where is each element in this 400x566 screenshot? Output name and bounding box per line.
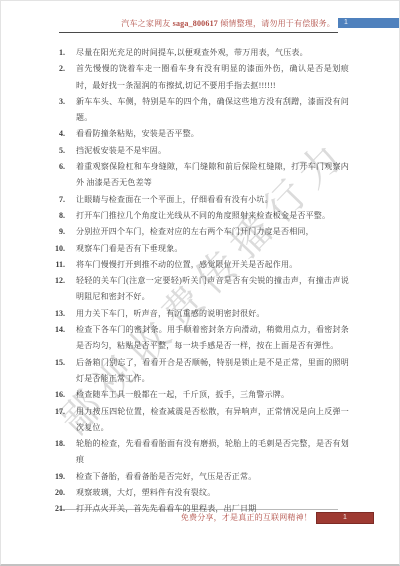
footer-message: 免费分享，才是真正的互联网精神！ — [181, 512, 312, 523]
list-item-number: 3. — [49, 94, 65, 110]
list-item: 15. 后备箱门别忘了，看看开合是否顺畅，特别是锁止是不是正常，里面的照明灯是否… — [49, 355, 351, 388]
list-item-number: 20. — [49, 485, 65, 501]
list-item: 18. 轮胎的检查，先看看看胎面有没有磨损，轮胎上的毛刺是否完整，是否有划痕 — [49, 436, 351, 469]
document-page: 汽车之家网友 saga_800617 倾情整理，请勿用于有偿服务。 1 鄙视收费… — [0, 0, 400, 566]
list-item: 10. 观察车门看是否有下垂现象。 — [49, 241, 351, 257]
list-item-text: 轮胎的检查，先看看看胎面有没有磨损，轮胎上的毛刺是否完整，是否有划痕 — [76, 436, 349, 469]
list-item-text: 轻轻的关车门(注意一定要轻)听关门声音是否有尖锐的撞击声，有撞击声说明阻尼和密封… — [76, 273, 349, 306]
list-item-text: 后备箱门别忘了，看看开合是否顺畅，特别是锁止是不是正常，里面的照明灯是否能正常工… — [76, 355, 349, 388]
list-item-number: 14. — [49, 322, 65, 338]
list-item-number: 17. — [49, 404, 65, 420]
list-item-number: 6. — [49, 159, 65, 175]
list-item-text: 观察车门看是否有下垂现象。 — [76, 241, 349, 257]
list-item-number: 7. — [49, 192, 65, 208]
list-item-text: 用力按压四轮位置，检查减震是否松散，有异响声，正常情况是向上反弹一次复位。 — [76, 404, 349, 437]
list-item-text: 尽量在阳光充足的时间提车,以便观查外观，带万用表，气压表。 — [76, 45, 349, 61]
list-item: 5. 挡泥板安装是不是牢固。 — [49, 143, 351, 159]
list-item: 3. 新车车头、车侧，特别是车的四个角，确保这些地方没有刮蹭，漆面没有问题。 — [49, 94, 351, 127]
list-item-number: 2. — [49, 61, 65, 77]
list-item: 12. 轻轻的关车门(注意一定要轻)听关门声音是否有尖锐的撞击声，有撞击声说明阻… — [49, 273, 351, 306]
header-divider — [59, 32, 338, 33]
list-item-number: 16. — [49, 387, 65, 403]
header-credit-suffix: 倾情整理，请勿用于有偿服务。 — [218, 19, 335, 28]
list-item: 1. 尽量在阳光充足的时间提车,以便观查外观，带万用表，气压表。 — [49, 45, 351, 61]
list-item-text: 分别拉开四个车门，检查对应的左右两个车门开门力度是否相同， — [76, 224, 349, 240]
list-item-text: 看看防撞条粘贴，安装是否平整。 — [76, 126, 349, 142]
list-item: 17. 用力按压四轮位置，检查减震是否松散，有异响声，正常情况是向上反弹一次复位… — [49, 404, 351, 437]
list-item-number: 13. — [49, 306, 65, 322]
list-item-number: 11. — [49, 257, 65, 273]
list-item: 9. 分别拉开四个车门，检查对应的左右两个车门开门力度是否相同， — [49, 224, 351, 240]
list-item: 14. 检查下各车门的密封条。用手顺着密封条方向滑动，稍微用点力，看密封条是否均… — [49, 322, 351, 355]
list-item: 11. 将车门慢慢打开到推不动的位置，感觉限位开关是否起作用。 — [49, 257, 351, 273]
list-item-text: 首先慢慢的饶着车走一圈看车身有没有明显的漆面外伤，确认是否是划痕时，最好找一条湿… — [76, 61, 349, 94]
header-page-number-badge: 1 — [338, 18, 399, 28]
inspection-checklist: 1. 尽量在阳光充足的时间提车,以便观查外观，带万用表，气压表。 2. 首先慢慢… — [49, 45, 351, 518]
list-item-number: 12. — [49, 273, 65, 289]
list-item-text: 让眼睛与检查面在一个平面上，仔细看看有没有小坑。 — [76, 192, 349, 208]
list-item: 19. 检查下备胎，看看备胎是否完好，气压是否正常。 — [49, 469, 351, 485]
header-credit-text: 汽车之家网友 saga_800617 倾情整理，请勿用于有偿服务。 — [121, 18, 335, 29]
list-item-number: 1. — [49, 45, 65, 61]
list-item-text: 新车车头、车侧，特别是车的四个角，确保这些地方没有刮蹭，漆面没有问题。 — [76, 94, 349, 127]
list-item-number: 4. — [49, 126, 65, 142]
list-item-text: 用力关下车门，听声音，有沉重感的说明密封很好。 — [76, 306, 349, 322]
list-item-text: 观察玻璃，大灯，塑料件有没有裂纹。 — [76, 485, 349, 501]
page-footer: 免费分享，才是真正的互联网精神！ 1 — [1, 511, 374, 524]
list-item-text: 挡泥板安装是不是牢固。 — [76, 143, 349, 159]
header-username: saga_800617 — [173, 19, 218, 28]
list-item: 13. 用力关下车门，听声音，有沉重感的说明密封很好。 — [49, 306, 351, 322]
list-item: 7. 让眼睛与检查面在一个平面上，仔细看看有没有小坑。 — [49, 192, 351, 208]
list-item-number: 5. — [49, 143, 65, 159]
list-item-number: 18. — [49, 436, 65, 452]
list-item-number: 19. — [49, 469, 65, 485]
header-credit-prefix: 汽车之家网友 — [121, 19, 172, 28]
list-item-number: 10. — [49, 241, 65, 257]
list-item-text: 着重观察保险杠和车身缝隙，车门缝隙和前后保险杠缝隙，打开车门观察内外 油漆是否无… — [76, 159, 349, 192]
footer-page-number-badge: 1 — [316, 512, 374, 524]
list-item-text: 将车门慢慢打开到推不动的位置，感觉限位开关是否起作用。 — [76, 257, 349, 273]
list-item-number: 15. — [49, 355, 65, 371]
list-item: 4. 看看防撞条粘贴，安装是否平整。 — [49, 126, 351, 142]
list-item-number: 9. — [49, 224, 65, 240]
list-item: 2. 首先慢慢的饶着车走一圈看车身有没有明显的漆面外伤，确认是否是划痕时，最好找… — [49, 61, 351, 94]
list-item-text: 打开车门推拉几个角度让光线从不同的角度照射来检查板金是否平整。 — [76, 208, 349, 224]
list-item-text: 检查下各车门的密封条。用手顺着密封条方向滑动，稍微用点力，看密封条是否均匀，粘贴… — [76, 322, 349, 355]
list-item: 8. 打开车门推拉几个角度让光线从不同的角度照射来检查板金是否平整。 — [49, 208, 351, 224]
list-item-text: 检查下备胎，看看备胎是否完好，气压是否正常。 — [76, 469, 349, 485]
list-item-text: 检查随车工具一般都在一起，千斤顶，扳手，三角警示牌。 — [76, 387, 349, 403]
list-item: 20. 观察玻璃，大灯，塑料件有没有裂纹。 — [49, 485, 351, 501]
list-item: 6. 着重观察保险杠和车身缝隙，车门缝隙和前后保险杠缝隙，打开车门观察内外 油漆… — [49, 159, 351, 192]
list-item-number: 8. — [49, 208, 65, 224]
page-header: 汽车之家网友 saga_800617 倾情整理，请勿用于有偿服务。 1 — [1, 15, 399, 31]
list-item: 16. 检查随车工具一般都在一起，千斤顶，扳手，三角警示牌。 — [49, 387, 351, 403]
